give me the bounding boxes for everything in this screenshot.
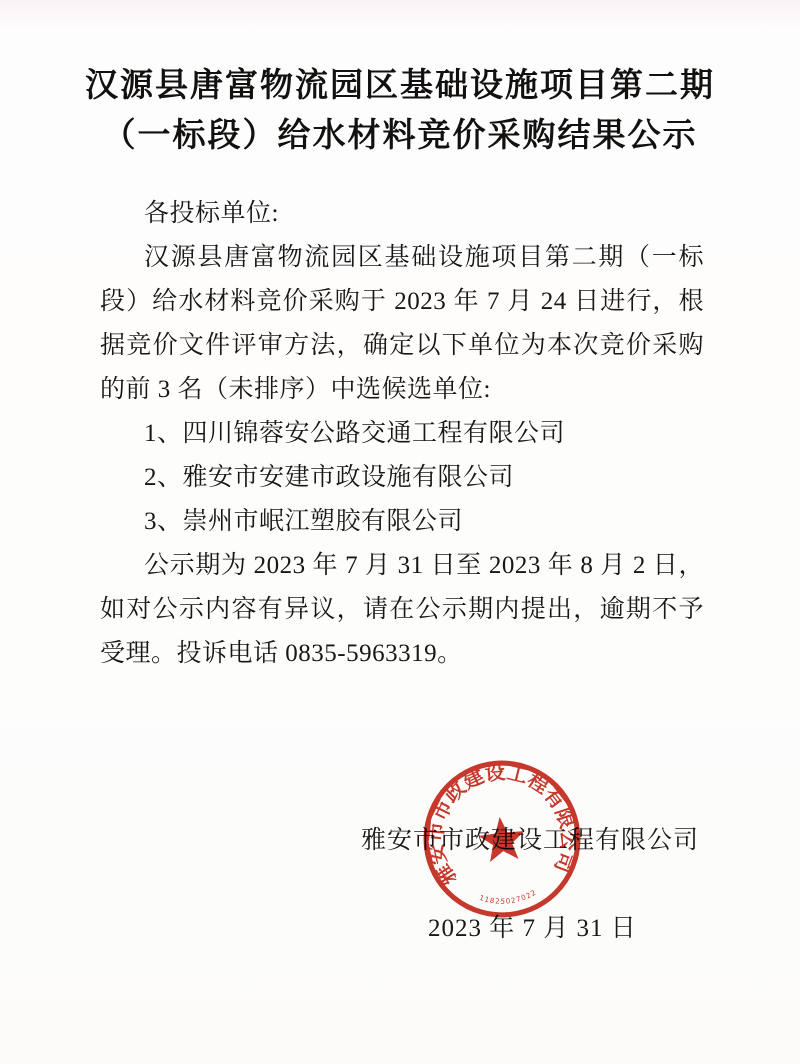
document-title: 汉源县唐富物流园区基础设施项目第二期 （一标段）给水材料竞价采购结果公示 bbox=[0, 0, 800, 160]
winner-item-1: 1、四川锦蓉安公路交通工程有限公司 bbox=[100, 412, 704, 456]
salutation: 各投标单位: bbox=[100, 192, 704, 236]
title-line-1: 汉源县唐富物流园区基础设施项目第二期 bbox=[0, 60, 800, 110]
title-line-2: （一标段）给水材料竞价采购结果公示 bbox=[0, 110, 800, 160]
body-paragraph-2: 公示期为 2023 年 7 月 31 日至 2023 年 8 月 2 日，如对公… bbox=[100, 544, 704, 676]
winner-list: 1、四川锦蓉安公路交通工程有限公司 2、雅安市安建市政设施有限公司 3、崇州市岷… bbox=[100, 412, 704, 544]
company-seal-stamp: 雅安市市政建设工程有限公司 5118250270227 bbox=[411, 748, 593, 930]
body-paragraph-1: 汉源县唐富物流园区基础设施项目第二期（一标段）给水材料竞价采购于 2023 年 … bbox=[100, 236, 704, 412]
seal-star-icon bbox=[477, 814, 527, 863]
document-page: 汉源县唐富物流园区基础设施项目第二期 （一标段）给水材料竞价采购结果公示 各投标… bbox=[0, 0, 800, 1064]
winner-item-2: 2、雅安市安建市政设施有限公司 bbox=[100, 456, 704, 500]
document-body: 各投标单位: 汉源县唐富物流园区基础设施项目第二期（一标段）给水材料竞价采购于 … bbox=[100, 192, 704, 676]
winner-item-3: 3、崇州市岷江塑胶有限公司 bbox=[100, 500, 704, 544]
